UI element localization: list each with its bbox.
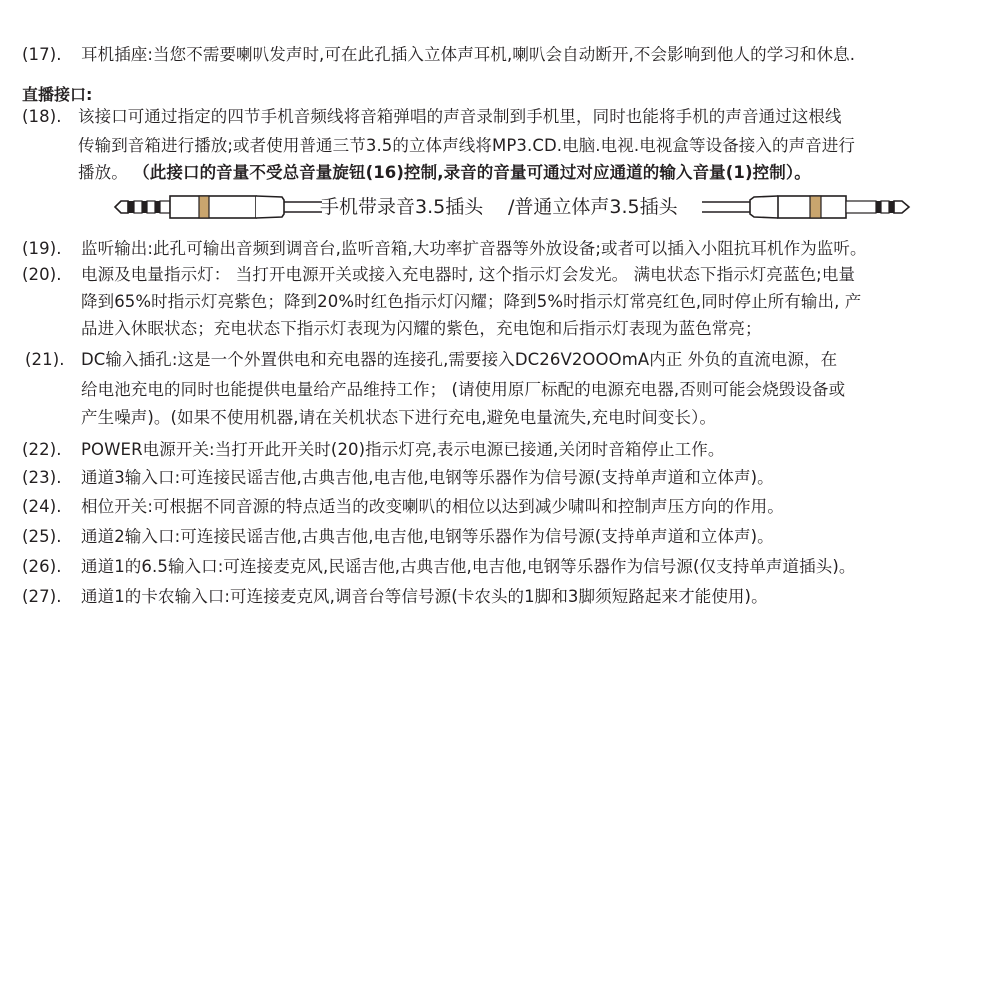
item-text: 耳机插座:当您不需要喇叭发声时,可在此孔插入立体声耳机,喇叭会自动断开,不会影响… — [81, 44, 855, 66]
item-text: DC输入插孔:这是一个外置供电和充电器的连接孔,需要接入DC26V2OOOmA内… — [81, 349, 837, 371]
trs-plug-label: /普通立体声3.5插头 — [508, 196, 678, 218]
item-text: 通道1的卡农输入口:可连接麦克风,调音台等信号源(卡农头的1脚和3脚须短路起来才… — [81, 586, 768, 608]
item-number: (18). — [22, 106, 62, 128]
item-text: 通道1的6.5输入口:可连接麦克风,民谣吉他,古典吉他,电吉他,电钢等乐器作为信… — [81, 556, 855, 578]
item-number: (26). — [22, 556, 62, 578]
item-number: (23). — [22, 467, 62, 489]
item-text: 降到65%时指示灯亮紫色；降到20%时红色指示灯闪耀；降到5%时指示灯常亮红色,… — [81, 291, 861, 313]
item-number: (20). — [22, 264, 62, 286]
item-text: 播放。 — [78, 163, 128, 182]
plug-diagram: 手机带录音3.5插头 /普通立体声3.5插头 — [0, 191, 1000, 223]
item-text: 通道2输入口:可连接民谣吉他,古典吉他,电吉他,电钢等乐器作为信号源(支持单声道… — [81, 526, 774, 548]
item-number: (17). — [22, 44, 62, 66]
item-text-line: 播放。 （此接口的音量不受总音量旋钮(16)控制,录音的音量可通过对应通道的输入… — [78, 162, 811, 184]
item-number: (27). — [22, 586, 62, 608]
item-text: 给电池充电的同时也能提供电量给产品维持工作； (请使用原厂标配的电源充电器,否则… — [81, 379, 845, 401]
item-text: 通道3输入口:可连接民谣吉他,古典吉他,电吉他,电钢等乐器作为信号源(支持单声道… — [81, 467, 774, 489]
item-text: 传输到音箱进行播放;或者使用普通三节3.5的立体声线将MP3.CD.电脑.电视.… — [78, 135, 855, 157]
volume-note-bold: （此接口的音量不受总音量旋钮(16)控制,录音的音量可通过对应通道的输入音量(1… — [133, 163, 811, 182]
section-heading-live-interface: 直播接口: — [22, 84, 92, 106]
item-number: (25). — [22, 526, 62, 548]
trrs-plug-icon — [112, 191, 322, 223]
item-text: 品进入休眠状态；充电状态下指示灯表现为闪耀的紫色，充电饱和后指示灯表现为蓝色常亮… — [81, 318, 762, 340]
item-number: (22). — [22, 439, 62, 461]
item-number: (21). — [25, 349, 65, 371]
item-number: (24). — [22, 496, 62, 518]
trs-plug-icon — [702, 191, 914, 223]
item-text: 电源及电量指示灯： 当打开电源开关或接入充电器时, 这个指示灯会发光。 满电状态… — [81, 264, 855, 286]
item-text: 该接口可通过指定的四节手机音频线将音箱弹唱的声音录制到手机里，同时也能将手机的声… — [78, 106, 842, 128]
item-text: 监听输出:此孔可输出音频到调音台,监听音箱,大功率扩音器等外放设备;或者可以插入… — [81, 238, 867, 260]
item-text: POWER电源开关:当打开此开关时(20)指示灯亮,表示电源已接通,关闭时音箱停… — [81, 439, 724, 461]
item-text: 产生噪声)。(如果不使用机器,请在关机状态下进行充电,避免电量流失,充电时间变长… — [81, 407, 716, 429]
trrs-plug-label: 手机带录音3.5插头 — [320, 196, 483, 218]
item-number: (19). — [22, 238, 62, 260]
manual-page: (17). 耳机插座:当您不需要喇叭发声时,可在此孔插入立体声耳机,喇叭会自动断… — [0, 0, 1000, 1000]
item-text: 相位开关:可根据不同音源的特点适当的改变喇叭的相位以达到减少啸叫和控制声压方向的… — [81, 496, 784, 518]
